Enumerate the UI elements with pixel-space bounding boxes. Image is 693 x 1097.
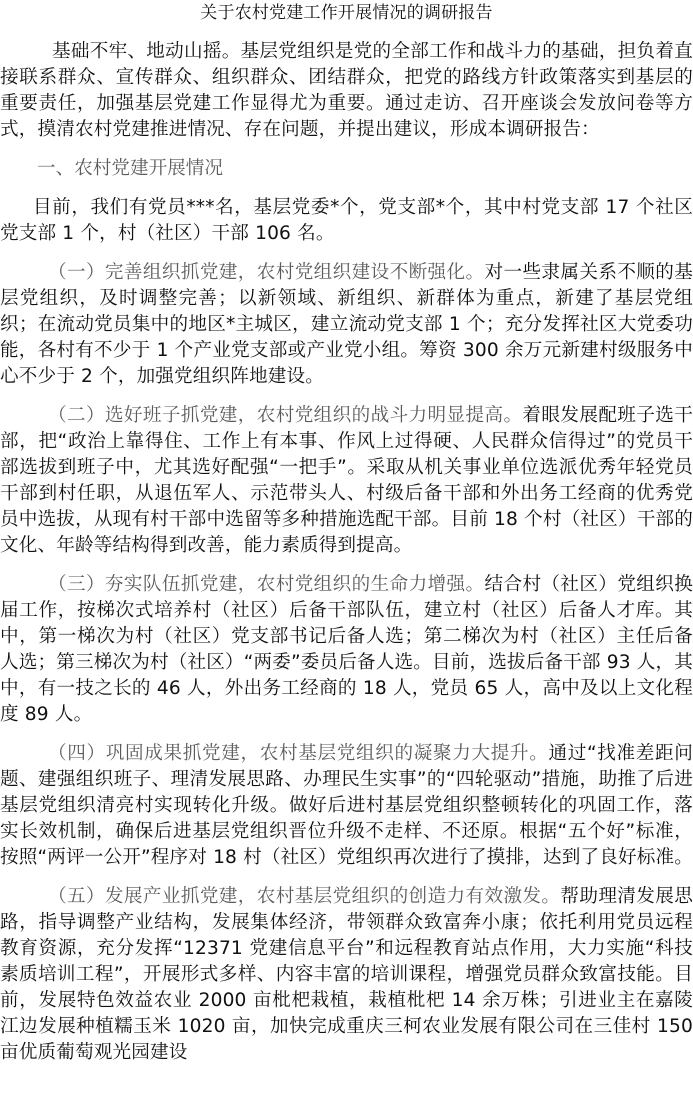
document-page: 关于农村党建工作开展情况的调研报告 基础不牢、地动山摇。基层党组织是党的全部工作… [0, 0, 693, 1066]
subsection-paragraph-1: （一）完善组织抓党建，农村党组织建设不断强化。对一些隶属关系不顺的基层党组织，及… [0, 260, 693, 390]
section-heading: 一、农村党建开展情况 [0, 156, 693, 182]
subsection-body: 着眼发展配班子选干部，把“政治上靠得住、工作上有本事、作风上过得硬、人民群众信得… [0, 405, 693, 556]
subsection-paragraph-4: （四）巩固成果抓党建，农村基层党组织的凝聚力大提升。通过“找准差距问题、建强组织… [0, 741, 693, 871]
subsection-lead: （二）选好班子抓党建，农村党组织的战斗力明显提高。 [48, 405, 522, 426]
subsection-paragraph-2: （二）选好班子抓党建，农村党组织的战斗力明显提高。着眼发展配班子选干部，把“政治… [0, 403, 693, 559]
subsection-lead: （四）巩固成果抓党建，农村基层党组织的凝聚力大提升。 [48, 743, 548, 764]
subsection-body: 帮助理清发展思路，指导调整产业结构，发展集体经济，带领群众致富奔小康；依托利用党… [0, 886, 693, 1063]
subsection-lead: （一）完善组织抓党建，农村党组织建设不断强化。 [48, 262, 484, 283]
subsection-lead: （五）发展产业抓党建，农村基层党组织的创造力有效激发。 [48, 886, 560, 907]
document-title: 关于农村党建工作开展情况的调研报告 [0, 0, 693, 26]
subsection-paragraph-3: （三）夯实队伍抓党建，农村党组织的生命力增强。结合村（社区）党组织换届工作，按梯… [0, 572, 693, 728]
overview-paragraph: 目前，我们有党员***名，基层党委*个，党支部*个，其中村党支部 17 个社区党… [0, 195, 693, 247]
subsection-paragraph-5: （五）发展产业抓党建，农村基层党组织的创造力有效激发。帮助理清发展思路，指导调整… [0, 884, 693, 1066]
subsection-body: 结合村（社区）党组织换届工作，按梯次式培养村（社区）后备干部队伍，建立村（社区）… [0, 574, 693, 725]
subsection-lead: （三）夯实队伍抓党建，农村党组织的生命力增强。 [48, 574, 484, 595]
intro-paragraph: 基础不牢、地动山摇。基层党组织是党的全部工作和战斗力的基础，担负着直接联系群众、… [0, 39, 693, 143]
